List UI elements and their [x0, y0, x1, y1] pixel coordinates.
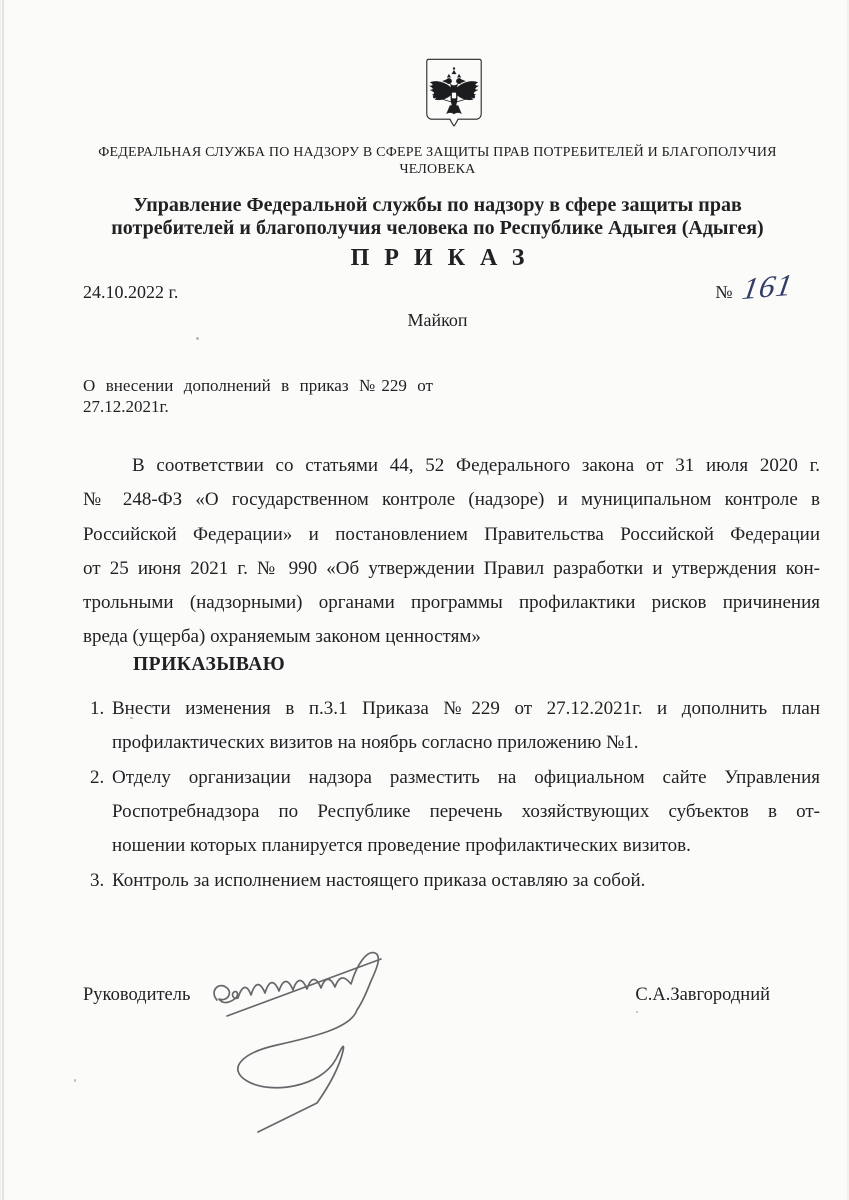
- department-name-block: Управление Федеральной службы по надзору…: [69, 194, 806, 240]
- scan-speck: [130, 717, 133, 719]
- item-text: Контроль за исполнением настоящего прика…: [112, 864, 820, 898]
- preamble-line: В соответствии со статьями 44, 52 Федера…: [83, 449, 820, 483]
- item-number: 2.: [90, 761, 112, 864]
- scan-speck: [196, 337, 199, 340]
- signer-role: Руководитель: [83, 984, 190, 1006]
- preamble-line: № 248-ФЗ «О государственном контроле (на…: [83, 483, 820, 517]
- subject-line: 27.12.2021г.: [83, 396, 433, 417]
- resolution-word: ПРИКАЗЫВАЮ: [133, 653, 820, 677]
- scan-speck: [636, 1011, 638, 1013]
- order-item-1: 1. Внести изменения в п.3.1 Приказа №229…: [90, 692, 820, 761]
- org-name-line2: ЧЕЛОВЕКА: [69, 161, 806, 178]
- item-line: ношении которых планируется проведение п…: [112, 829, 820, 863]
- item-text: Отделу организации надзора разместить на…: [112, 761, 820, 864]
- document-number-group: № 161: [715, 282, 792, 303]
- department-line1: Управление Федеральной службы по надзору…: [69, 194, 806, 217]
- preamble-line: трольными (надзорными) органами программ…: [83, 586, 820, 620]
- subject-block: О внесении дополнений в приказ №229 от27…: [83, 375, 433, 417]
- signer-name: С.А.Завгородний: [635, 984, 770, 1006]
- preamble-paragraph: В соответствии со статьями 44, 52 Федера…: [83, 449, 820, 655]
- handwritten-number: 161: [740, 271, 795, 303]
- document-title: ПРИКАЗ: [69, 244, 806, 272]
- double-headed-eagle: [429, 67, 478, 114]
- preamble-line: вреда (ущерба) охраняемым законом ценнос…: [83, 620, 820, 654]
- item-number: 3.: [90, 864, 112, 898]
- item-line: Контроль за исполнением настоящего прика…: [112, 864, 820, 898]
- subject-line: О внесении дополнений в приказ №229 от: [83, 375, 433, 396]
- scan-speck: [74, 1079, 76, 1082]
- preamble-line: Российской Федерации» и постановлением П…: [83, 518, 820, 552]
- document-date: 24.10.2022 г.: [83, 282, 178, 303]
- org-name-block: ФЕДЕРАЛЬНАЯ СЛУЖБА ПО НАДЗОРУ В СФЕРЕ ЗА…: [69, 144, 806, 178]
- item-line: Отделу организации надзора разместить на…: [112, 761, 820, 795]
- scan-edge-artifact: [0, 0, 1, 1200]
- number-sign: №: [715, 282, 732, 303]
- item-text: Внести изменения в п.3.1 Приказа №229 от…: [112, 692, 820, 761]
- document-content: ФЕДЕРАЛЬНАЯ СЛУЖБА ПО НАДЗОРУ В СФЕРЕ ЗА…: [0, 0, 849, 1006]
- org-name-line1: ФЕДЕРАЛЬНАЯ СЛУЖБА ПО НАДЗОРУ В СФЕРЕ ЗА…: [69, 144, 806, 161]
- signature-row: Руководитель С.А.Завгородний: [83, 984, 820, 1006]
- order-item-3: 3. Контроль за исполнением настоящего пр…: [90, 864, 820, 898]
- scanned-document-page: ФЕДЕРАЛЬНАЯ СЛУЖБА ПО НАДЗОРУ В СФЕРЕ ЗА…: [0, 0, 849, 1200]
- item-line: Роспотребнадзора по Республике перечень …: [112, 795, 820, 829]
- order-items-list: 1. Внести изменения в п.3.1 Приказа №229…: [90, 692, 820, 898]
- preamble-line: от 25 июня 2021 г. № 990 «Об утверждении…: [83, 552, 820, 586]
- item-line: Внести изменения в п.3.1 Приказа №229 от…: [112, 692, 820, 726]
- city-name: Майкоп: [69, 309, 806, 331]
- item-number: 1.: [90, 692, 112, 761]
- russia-coat-of-arms-emblem: [420, 57, 488, 131]
- department-line2: потребителей и благополучия человека по …: [69, 217, 806, 240]
- date-number-row: 24.10.2022 г. № 161: [83, 282, 820, 308]
- item-line: профилактических визитов на ноябрь согла…: [112, 726, 820, 760]
- order-item-2: 2. Отделу организации надзора разместить…: [90, 761, 820, 864]
- scan-edge-artifact: [2, 0, 4, 1200]
